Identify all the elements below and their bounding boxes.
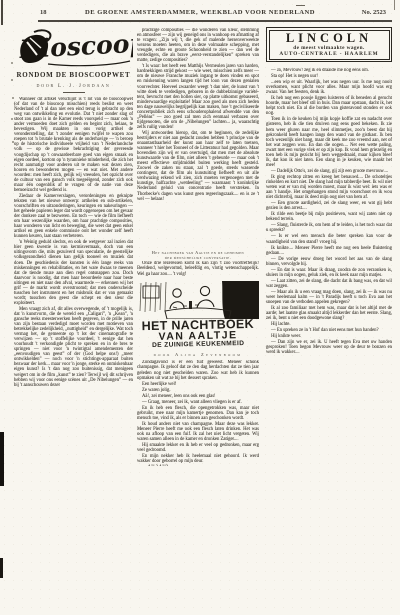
lincoln-ad: LINCOLN de meest volmaakte wagen. AUTO-C…	[266, 27, 392, 62]
bioscoop-logo-illustration: Bioscoop	[14, 28, 133, 68]
article-body: Wanneer dit artikel verschijnt is 't lot…	[14, 97, 133, 489]
newspaper-page: 18 DE GROENE AMSTERDAMMER, WEEKBLAD VOOR…	[0, 0, 400, 615]
paragraph: ...een wip er uit. Waarlijk, het was neg…	[266, 80, 392, 95]
paragraph: — Een groote aardigheid, zei de slang we…	[266, 201, 392, 211]
header-rule	[38, 20, 392, 22]
paragraph: — Dan zijn we er, zei ik. U heeft tegen …	[266, 340, 392, 355]
column-left: Bioscoop RONDOM DE BIOSCOOPWET door L. J…	[14, 28, 133, 489]
paragraph: — Maar als ik u een vraag mag doen, slan…	[266, 290, 392, 305]
paragraph: Wanneer dit artikel verschijnt is 't lot…	[14, 97, 133, 193]
paragraph: — Slang, fluisterde ik, om hem af te lei…	[266, 223, 392, 233]
paragraph: Zondagavond is er een fuif geweest. Mene…	[137, 360, 259, 380]
lincoln-ad-brand: LINCOLN	[270, 32, 389, 45]
paragraph: — Is er wel een mensch die beter spreken…	[266, 234, 392, 244]
paragraph: Aä!, zei meneer, leen ons ook een glas!	[137, 394, 259, 399]
bottle-shape	[189, 301, 192, 309]
column-middle: prachtige composities — die wonderen van…	[137, 28, 259, 466]
paragraph: Ik heb nog een poosje liggen luisteren o…	[266, 96, 392, 116]
story-continuation: — Ja, Mevrouw! zeg ik en draaide me nog …	[266, 68, 392, 484]
paragraph: — Ja, Mevrouw! zeg ik en draaide me nog …	[266, 68, 392, 73]
paragraph: Ik knikte.... Meneer Pierre heeft me nog…	[266, 246, 392, 256]
paragraph: En ik heb een flesch, die opengetrokken …	[137, 406, 259, 421]
paragraph: Een heerlijke wel!	[137, 382, 259, 387]
bioscoop-logo: Bioscoop	[14, 28, 133, 68]
article-title: RONDOM DE BIOSCOOPWET	[14, 71, 133, 79]
lincoln-ad-inner-border: LINCOLN de meest volmaakte wagen. AUTO-C…	[269, 30, 390, 60]
paragraph: Ik houd anders niet van champagne. Maar …	[137, 422, 259, 442]
story-byline: door Alina Zevenboom	[137, 352, 259, 357]
hatching-lines	[140, 282, 166, 312]
figure-body-right	[197, 300, 214, 308]
paragraph: En mijn nekker heb ik heelemaal niet geh…	[137, 454, 259, 464]
scan-speck	[11, 118, 13, 120]
paragraph: Ik rilde een beetje bij mijn positieven,…	[266, 212, 392, 222]
story-illustration-drawing	[137, 281, 259, 319]
story-title: HET NACHTBOEK VAN AALTJE DE ZUINIGE KEUK…	[137, 318, 260, 350]
scan-edge-artifact	[1, 0, 3, 25]
paragraph: Ze waren jolig.	[137, 388, 259, 393]
paragraph: — Dadelijk Otto's, zei de slang, gij zij…	[266, 169, 392, 174]
paragraph: — En spreken ze in 't Hof dan niet eens …	[266, 328, 392, 333]
paragraph: — En dat is waar. Maar ik draag, zoodra …	[266, 268, 392, 278]
editorial-note-line: der menschelijke conversatie.	[137, 255, 259, 260]
dark-doorway-shape	[222, 281, 259, 319]
byline-rule	[63, 92, 85, 93]
article-continuation: prachtige composities — die wonderen van…	[137, 28, 259, 247]
masthead-title: DE GROENE AMSTERDAMMER, WEEKBLAD VOOR NE…	[0, 9, 400, 16]
paragraph: — Aä! ? Aä!?	[137, 465, 259, 466]
paragraph: Sta op! Het is negen uur!	[266, 74, 392, 79]
scan-speck	[296, 5, 305, 6]
lincoln-ad-dealer: AUTO-CENTRALE - HAARLEM	[270, 51, 389, 57]
paragraph: Hij knikte weer.	[266, 334, 392, 339]
paragraph: Wij antwoorden hierop, dat, om te beginn…	[137, 131, 259, 202]
scan-edge-artifact	[394, 0, 395, 10]
column-right: LINCOLN de meest volmaakte wagen. AUTO-C…	[266, 27, 392, 484]
figure-head-right	[200, 287, 209, 296]
paragraph: — Laat zitten, zei de slang, die dacht d…	[266, 279, 392, 289]
paragraph: Hij lachte.	[266, 322, 392, 327]
story-title-line3: DE ZUINIGE KEUKENMEID	[137, 340, 259, 350]
paragraph: — Graag, meneer, zei ik, want alleen vli…	[137, 400, 259, 405]
paragraph: Ik al zoo familiaar met hem was, maar da…	[266, 306, 392, 321]
paragraph: Onze drie lezeressen komt ik kan zijn 't…	[137, 261, 259, 276]
story-body: Zondagavond is er een fuif geweest. Mene…	[137, 360, 259, 466]
story-illustration	[137, 281, 259, 319]
paragraph: Toen ik in de keuken bij mijn kopje koff…	[266, 117, 392, 167]
paragraph: Ik ging rechtop zitten en kreeg het bena…	[266, 175, 392, 200]
editorial-note-paragraph: Onze drie lezeressen komt ik kan zijn 't…	[137, 261, 259, 277]
paragraph: Ziedaar de Kamerverslagen, verordeningen…	[14, 194, 133, 239]
scan-speck	[11, 62, 13, 64]
scan-edge-artifact	[0, 432, 4, 486]
paragraph: 't Is waar: het heeft een Matthijs Verme…	[137, 64, 259, 130]
editorial-note: Het nachtboek van Aaltje en de geheimen …	[137, 250, 259, 260]
issue-number: No. 2523	[362, 9, 386, 16]
scan-edge-artifact	[0, 558, 3, 578]
scan-speck	[11, 79, 13, 81]
paragraph: Men vraagt zich af, dit alles overwegend…	[14, 307, 133, 388]
paragraph: Hij smaakte lekker en ik heb er veel op …	[137, 443, 259, 453]
paragraph: 'n Weinig geduld slechts, en ook de wetg…	[14, 240, 133, 306]
paragraph: — De vorige eeuw droeg het woord het aas…	[266, 257, 392, 267]
paragraph: prachtige composities — die wonderen van…	[137, 28, 259, 63]
figure-head-left	[173, 289, 181, 297]
article-byline: door L. J. Jordaan	[14, 83, 133, 89]
